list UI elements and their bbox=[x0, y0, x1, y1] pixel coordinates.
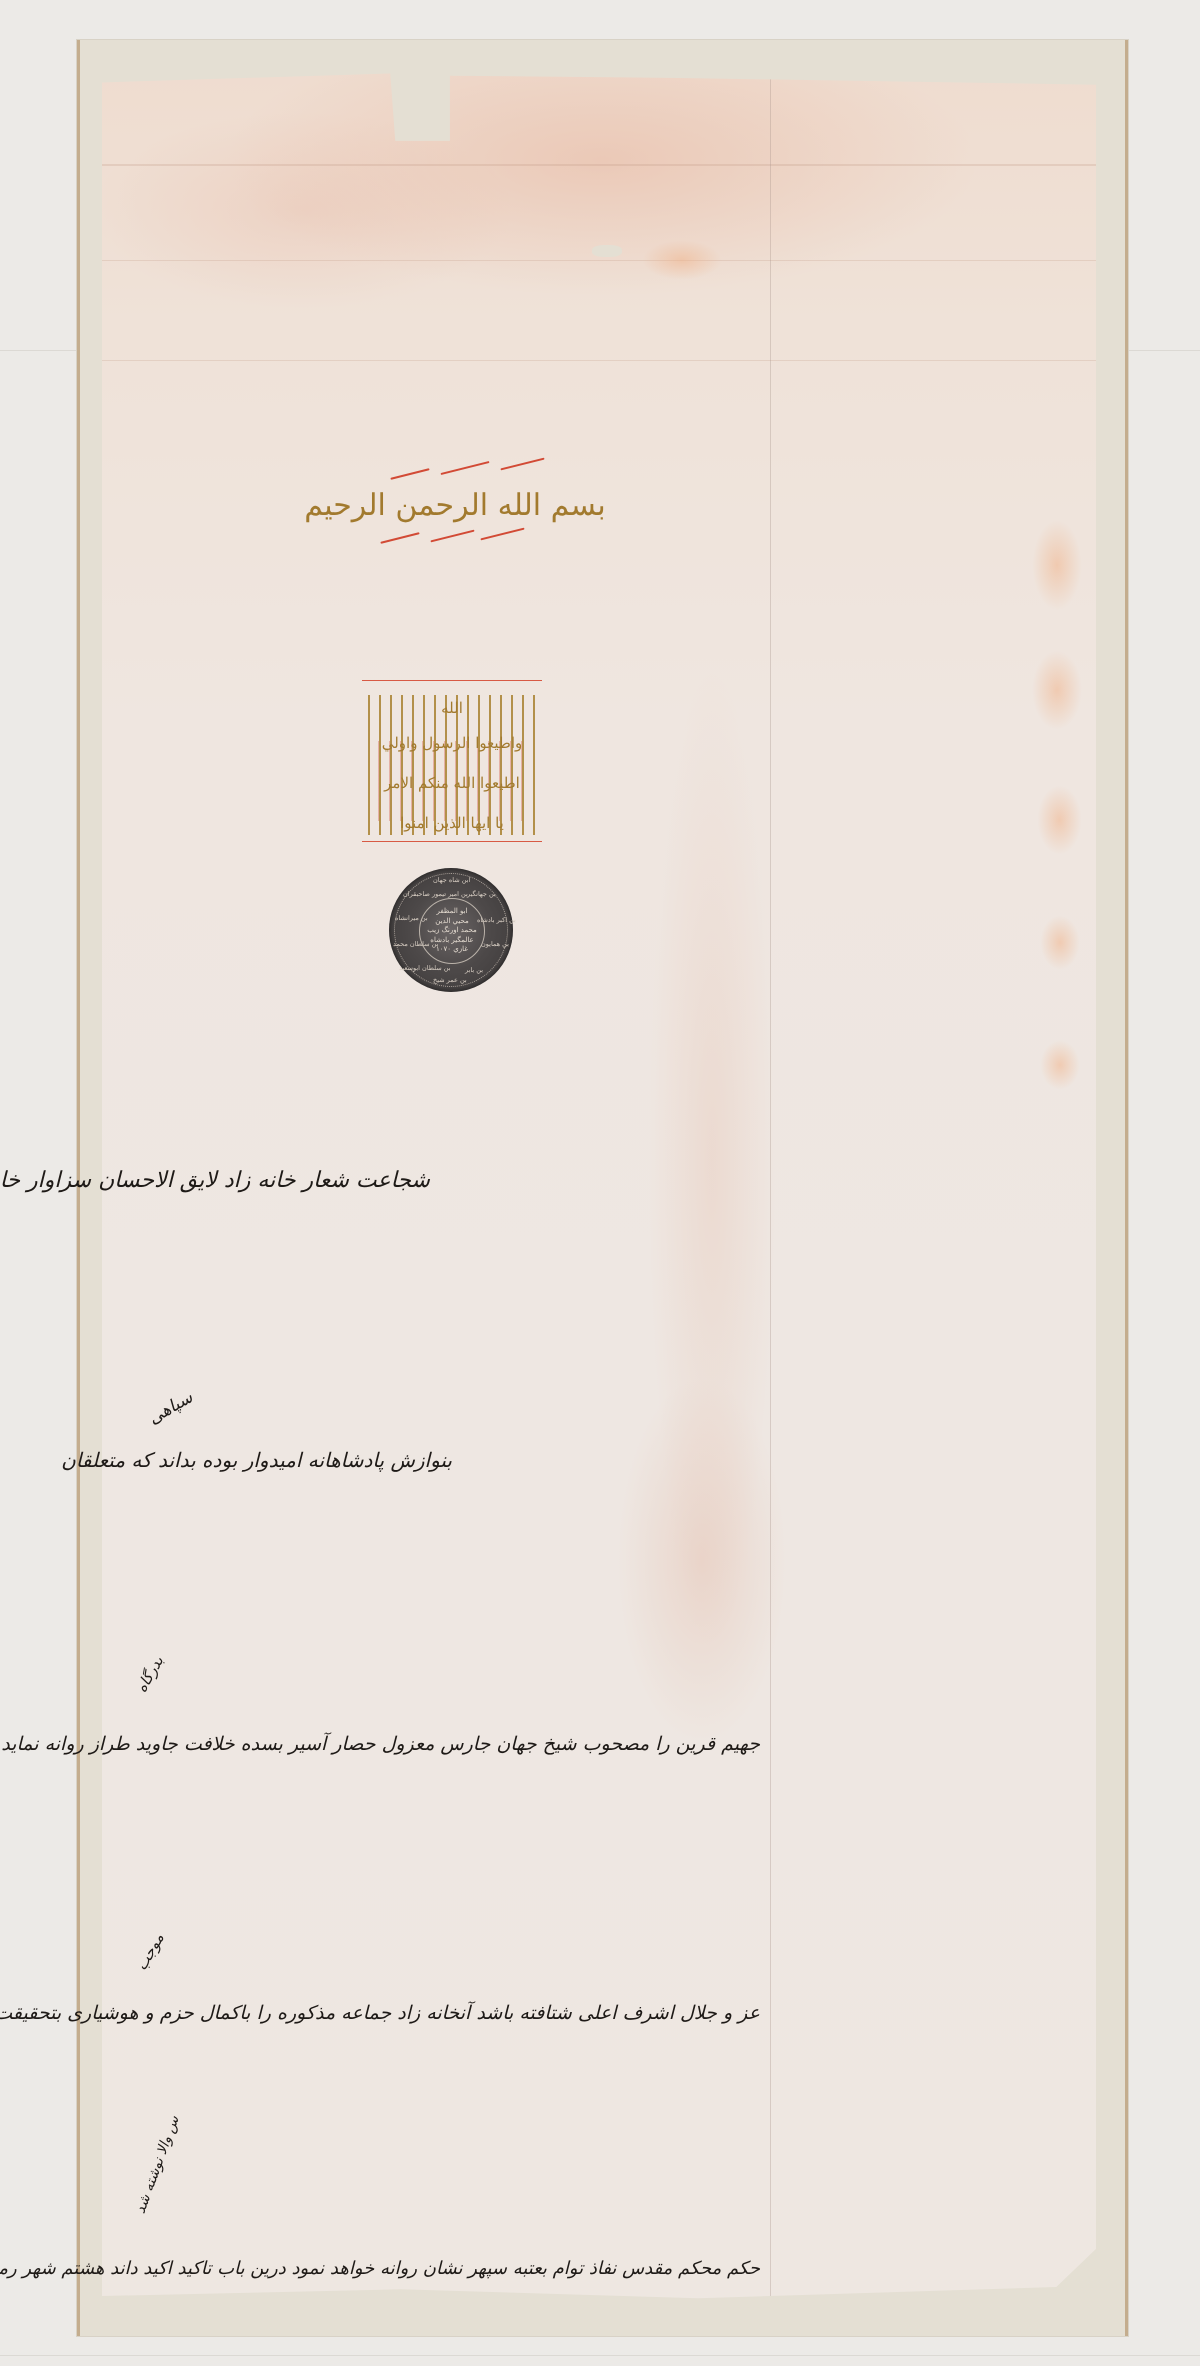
stain bbox=[1032, 520, 1082, 610]
seal-center-line: ابو المظفر bbox=[437, 907, 468, 916]
text-line-1: شجاعت شعار خانه زاد لایق الاحسان سزاوار … bbox=[0, 1168, 430, 1193]
text-line-3: جهیم قرین را مصحوب شیخ جهان جارس معزول ح… bbox=[0, 1733, 760, 1755]
invocation-text: بسم الله الرحمن الرحيم bbox=[304, 488, 606, 523]
seal-ring-text: بن همايون bbox=[481, 940, 509, 948]
seal-ring-text: بن عمر شيخ bbox=[433, 976, 467, 984]
stain bbox=[1037, 785, 1082, 855]
seal-center: ابو المظفر محيي الدين محمد اورنگ زيب عال… bbox=[419, 898, 485, 964]
seal-ring-text: بن بابر bbox=[465, 966, 483, 974]
vertical-seam bbox=[770, 60, 771, 2305]
text-line-5: حکم محکم مقدس نفاذ توام بعتبه سپهر نشان … bbox=[0, 2258, 760, 2279]
fold-line bbox=[102, 164, 1096, 166]
fold-line bbox=[102, 260, 1096, 261]
text-line-2: بنوازش پادشاهانه امیدوار بوده بداند که م… bbox=[61, 1448, 452, 1472]
tughra-row-3: يا ايها الذين امنوا bbox=[362, 816, 542, 831]
red-rule bbox=[430, 530, 474, 543]
red-rule bbox=[500, 458, 544, 471]
seal-center-line: محمد اورنگ زيب bbox=[427, 926, 477, 935]
imperial-seal: ابن شاه جهان بن جهانگير بن اكبر بادشاه ب… bbox=[389, 868, 513, 992]
seal-center-line: عالمگير بادشاه bbox=[430, 936, 473, 945]
stain bbox=[1040, 915, 1080, 970]
seal-ring-text: بن سلطان ابوسعيد bbox=[399, 964, 451, 972]
wall-shadow-line bbox=[0, 2355, 1200, 2356]
paper-tear bbox=[592, 245, 622, 257]
tughra-row-1: واطيعوا الرسول واولي bbox=[362, 736, 542, 751]
tughra-row-2: اطيعوا الله منكم الامر bbox=[362, 776, 542, 791]
invocation-bismillah: بسم الله الرحمن الرحيم bbox=[360, 455, 550, 555]
red-rule bbox=[480, 528, 524, 541]
red-rule bbox=[380, 532, 419, 544]
text-line-4: عز و جلال اشرف اعلی شتافته باشد آنخانه ز… bbox=[0, 2002, 760, 2024]
quranic-tughra-block: الله واطيعوا الرسول واولي اطيعوا الله من… bbox=[362, 680, 542, 842]
stain bbox=[642, 240, 722, 280]
stain bbox=[1032, 650, 1082, 730]
red-rule bbox=[390, 468, 429, 480]
tughra-top: الله bbox=[362, 701, 542, 716]
seal-center-line: محيي الدين bbox=[435, 917, 468, 926]
stain bbox=[1040, 1040, 1080, 1090]
red-rule bbox=[441, 461, 490, 475]
seal-ring-text: بن امير تيمور صاحبقران bbox=[403, 890, 468, 898]
seal-ring-text: ابن شاه جهان bbox=[433, 876, 470, 884]
seal-center-line: غازي ۱۰۷۰ bbox=[436, 945, 468, 954]
fold-line bbox=[102, 360, 1096, 361]
seal-ring-text: بن جهانگير bbox=[467, 890, 496, 898]
